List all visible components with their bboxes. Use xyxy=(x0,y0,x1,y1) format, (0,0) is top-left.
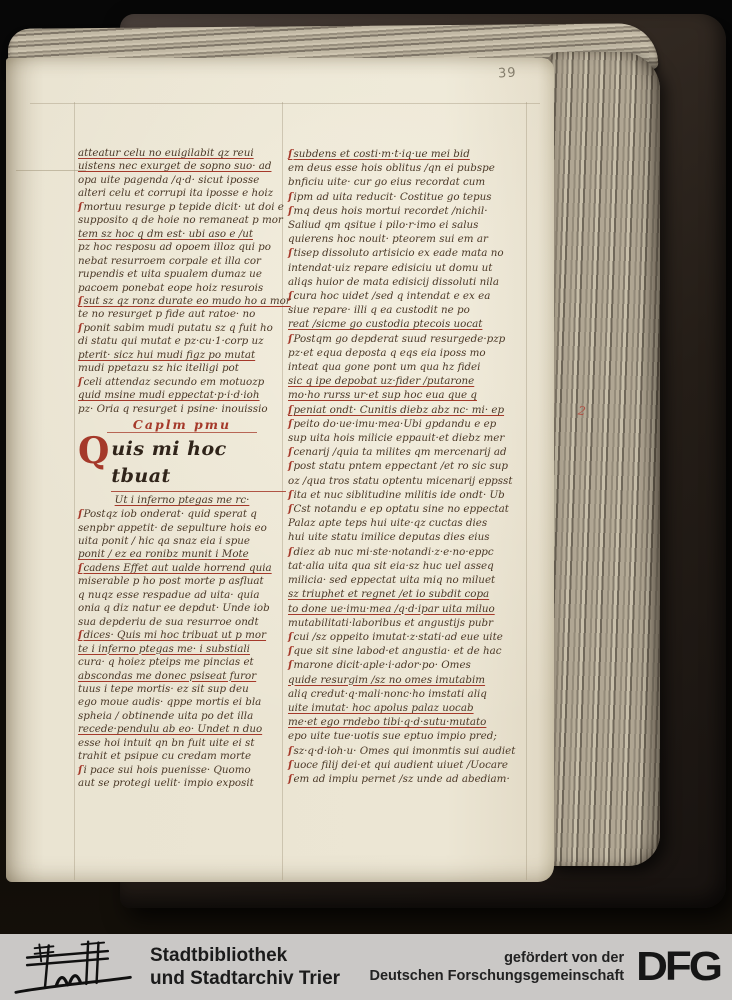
chapter-rubric: Caplm pmu xyxy=(107,417,257,433)
manuscript-line: ſsz·q·d·ioh·u· Omes qui imonmtis sui aud… xyxy=(288,744,544,758)
manuscript-line: trahit et psipue cu credam morte xyxy=(78,750,286,763)
manuscript-line: te no resurget p fide aut ratoe· no xyxy=(78,308,286,321)
library-name: Stadtbibliothek und Stadtarchiv Trier xyxy=(150,944,340,990)
red-paragraph-mark: ſ xyxy=(288,418,292,430)
manuscript-line: ſque sit sine labod·et angustia· et de h… xyxy=(288,644,544,658)
red-paragraph-mark: ſ xyxy=(78,295,82,307)
chapter-heading: Quis mi hoc tbuat xyxy=(78,436,286,492)
manuscript-line: ſsut sz qz ronz durate eo mudo ho a mor xyxy=(78,295,286,308)
red-paragraph-mark: ſ xyxy=(288,631,292,643)
manuscript-line: tat·alia uita qua sit eia·sz huc uel ass… xyxy=(288,559,544,573)
ruling-line-margin-dash xyxy=(16,170,86,171)
manuscript-line: ſdices· Quis mi hoc tribuat ut p mor xyxy=(78,629,286,642)
manuscript-line: abscondas me donec psiseat furor xyxy=(78,670,286,683)
red-paragraph-mark: ſ xyxy=(288,460,292,472)
funding-line1: gefördert von der xyxy=(370,949,625,967)
manuscript-line: sua depderiu de sua resurroe ondt xyxy=(78,616,286,629)
manuscript-line: miserable p ho post morte p asfluat xyxy=(78,575,286,588)
red-paragraph-mark: ſ xyxy=(288,205,292,217)
funding-credit: gefördert von der Deutschen Forschungsge… xyxy=(370,949,625,985)
manuscript-line: nebat resurroem corpale et illa cor xyxy=(78,255,286,268)
red-paragraph-mark: ſ xyxy=(288,333,292,345)
manuscript-line: aut se protegi uelit· impio exposit xyxy=(78,777,286,790)
manuscript-line: sup uita hois milicie eppauit·et diebz m… xyxy=(288,431,544,445)
manuscript-line: ſcenarij /quia ta milites qm mercenarij … xyxy=(288,445,544,459)
manuscript-line: quierens hoc nouit· pteorem sui em ar xyxy=(288,232,544,246)
manuscript-line: ſcui /sz oppeito imutat·z·stati·ad eue u… xyxy=(288,630,544,644)
manuscript-line: pz hoc resposu ad opoem illoz qui po xyxy=(78,241,286,254)
red-paragraph-mark: ſ xyxy=(78,322,82,334)
book-fore-edge-pages xyxy=(548,52,660,866)
manuscript-line: mudi ppetazu sz hic itelligi pot xyxy=(78,362,286,375)
manuscript-line: te i inferno ptegas me· i substiali xyxy=(78,643,286,656)
manuscript-line: q nuqz esse respadue ad uita· quia xyxy=(78,589,286,602)
folio-number: 39 xyxy=(498,66,517,82)
red-paragraph-mark: ſ xyxy=(288,659,292,671)
manuscript-line: reat /sicme go custodia ptecois uocat xyxy=(288,317,544,331)
manuscript-line: siue repare· illi q ea custodit ne po xyxy=(288,303,544,317)
red-paragraph-mark: ſ xyxy=(288,546,292,558)
manuscript-line: inteat qua gone pont um qua hz fidei xyxy=(288,360,544,374)
manuscript-line: recede·pendulu ab eo· Undet n duo xyxy=(78,723,286,736)
manuscript-line: ſPostqm go depderat suud resurgede·pzp xyxy=(288,332,544,346)
manuscript-line: pterit· sicz hui mudi figz po mutat xyxy=(78,349,286,362)
chapter-subheading: Ut i inferno ptegas me rc· xyxy=(78,493,286,508)
stadtbibliothek-trier-logo xyxy=(14,938,136,996)
manuscript-line: spheia / obtinende uita po det illa xyxy=(78,710,286,723)
red-paragraph-mark: ſ xyxy=(78,629,82,641)
manuscript-line: ponit / ez ea ronibz munit i Mote xyxy=(78,548,286,561)
manuscript-line: ſpeniat ondt· Cunitis diebz abz nc· mi· … xyxy=(288,403,544,417)
digitized-manuscript-viewer: 39 atteatur celu no euigilabit qz reuiui… xyxy=(0,0,732,1000)
manuscript-line: intendat·uiz repare edisiciu ut domu ut xyxy=(288,261,544,275)
manuscript-line: ſmarone dicit·aple·i·ador·po· Omes xyxy=(288,658,544,672)
manuscript-line: ſcura hoc uidet /sed q intendat e ex ea xyxy=(288,289,544,303)
red-paragraph-mark: ſ xyxy=(78,376,82,388)
manuscript-line: hui uite statu imilice deputas dies eius xyxy=(288,530,544,544)
rubricated-initial: Q xyxy=(78,436,109,466)
manuscript-line: quide resurgim /sz no omes imutabim xyxy=(288,673,544,687)
manuscript-line: em deus esse hois oblitus /qn ei pubspe xyxy=(288,161,544,175)
manuscript-line: sz triuphet et regnet /et io subdit copa xyxy=(288,587,544,601)
red-paragraph-mark: ſ xyxy=(288,290,292,302)
manuscript-column-2: ſsubdens et costi·m·t·iq·ue mei bidem de… xyxy=(288,147,544,786)
manuscript-line: ſi pace sui hois puenisse· Quomo xyxy=(78,764,286,777)
manuscript-line: aliq credut·q·mali·nonc·ho imstati aliq xyxy=(288,687,544,701)
manuscript-line: epo uite tue·uotis sue eptuo impio pred; xyxy=(288,729,544,743)
manuscript-line: onia q diz natur ee depdut· Unde iob xyxy=(78,602,286,615)
manuscript-line: pz·et equa deposta q eqs eia iposs mo xyxy=(288,346,544,360)
manuscript-line: ſceli attendaz secundo em motuozp xyxy=(78,376,286,389)
manuscript-line: ſita et nuc siblitudine militis ide ondt… xyxy=(288,488,544,502)
manuscript-line: milicia· sed eppectat uita miq no miluet xyxy=(288,573,544,587)
manuscript-line: oz /qua tros statu optentu micenarij epp… xyxy=(288,474,544,488)
manuscript-line: ſmortuu resurge p tepide dicit· ut doi e xyxy=(78,201,286,214)
manuscript-line: tem sz hoc q dm est· ubi aso e /ut xyxy=(78,228,286,241)
manuscript-line: ſponit sabim mudi putatu sz q fuit ho xyxy=(78,322,286,335)
manuscript-line: uistens nec exurget de sopno suo· ad xyxy=(78,160,286,173)
red-paragraph-mark: ſ xyxy=(78,764,82,776)
manuscript-line: opa uite pagenda /q·d· sicut iposse xyxy=(78,174,286,187)
red-paragraph-mark: ſ xyxy=(288,645,292,657)
manuscript-line: Palaz apte teps hui uite·qz cuctas dies xyxy=(288,516,544,530)
manuscript-line: uita ponit / hic qa snaz eia i spue xyxy=(78,535,286,548)
manuscript-line: ſpeito do·ue·imu·mea·Ubi gpdandu e ep xyxy=(288,417,544,431)
manuscript-line: senpbr appetit· de sepulture hois eo xyxy=(78,522,286,535)
manuscript-line: sic q ipe depobat uz·fider /putarone xyxy=(288,374,544,388)
red-paragraph-mark: ſ xyxy=(288,745,292,757)
manuscript-line: Saliud qm qsitue i pilo·r·imo ei salus xyxy=(288,218,544,232)
red-paragraph-mark: ſ xyxy=(288,404,292,416)
manuscript-line: supposito q de hoie no remaneat p mor xyxy=(78,214,286,227)
funding-line2: Deutschen Forschungsgemeinschaft xyxy=(370,967,625,985)
manuscript-line: quid msine mudi eppectat·p·i·d·ioh xyxy=(78,389,286,402)
manuscript-line: atteatur celu no euigilabit qz reui xyxy=(78,147,286,160)
manuscript-line: alteri celu et corrupi ita iposse e hoiz xyxy=(78,187,286,200)
library-name-line2: und Stadtarchiv Trier xyxy=(150,967,340,990)
manuscript-line: ſtisep dissoluto artisicio ex eade mata … xyxy=(288,246,544,260)
manuscript-line: ego moue audis· qppe mortis ei bla xyxy=(78,696,286,709)
manuscript-line: me·et ego rndebo tibi·q·d·sutu·mutato xyxy=(288,715,544,729)
manuscript-line: tuus i tepe mortis· ez sit sup deu xyxy=(78,683,286,696)
manuscript-line: rupendis et uita spualem dumaz ue xyxy=(78,268,286,281)
manuscript-line: di statu qui mutat e pz·cu·1·corp uz xyxy=(78,335,286,348)
red-paragraph-mark: ſ xyxy=(288,446,292,458)
manuscript-line: ſPostqz iob onderat· quid sperat q xyxy=(78,508,286,521)
red-paragraph-mark: ſ xyxy=(288,191,292,203)
manuscript-line: bnficiu uite· cur go eius recordat cum xyxy=(288,175,544,189)
manuscript-line: ſpost statu pntem eppectant /et ro sic s… xyxy=(288,459,544,473)
red-paragraph-mark: ſ xyxy=(288,503,292,515)
red-paragraph-mark: ſ xyxy=(288,489,292,501)
manuscript-line: ſsubdens et costi·m·t·iq·ue mei bid xyxy=(288,147,544,161)
manuscript-column-1: atteatur celu no euigilabit qz reuiuiste… xyxy=(78,147,286,791)
manuscript-line: pacoem ponebat eope hoiz resurois xyxy=(78,282,286,295)
red-paragraph-mark: ſ xyxy=(288,247,292,259)
manuscript-line: ſuoce filij dei·et qui audient uiuet /Uo… xyxy=(288,758,544,772)
manuscript-line: ſcadens Effet aut ualde horrend quia xyxy=(78,562,286,575)
library-name-line1: Stadtbibliothek xyxy=(150,944,340,967)
ruling-line-left xyxy=(74,102,75,880)
fore-edge-red-mark: 2 xyxy=(577,404,587,419)
ruling-line-top xyxy=(30,103,540,104)
chapter-heading-text: uis mi hoc tbuat xyxy=(111,436,286,492)
manuscript-line: ſmq deus hois mortui recordet /nichil· xyxy=(288,204,544,218)
manuscript-line: ſipm ad uita reducit· Costitue go tepus xyxy=(288,190,544,204)
manuscript-line: esse hoi intuit qn bn fuit uite ei st xyxy=(78,737,286,750)
manuscript-line: cura· q hoiez pteips me pincias et xyxy=(78,656,286,669)
manuscript-line: ſCst notandu e ep optatu sine no eppecta… xyxy=(288,502,544,516)
dfg-logo: DFG xyxy=(636,939,720,994)
manuscript-line: mo·ho rurss ur·et sup hoc eua que q xyxy=(288,388,544,402)
manuscript-line: aliqs huior de mata edisicij dissoluti n… xyxy=(288,275,544,289)
manuscript-line: pz· Oria q resurget i psine· inouissio xyxy=(78,403,286,416)
manuscript-line: ſem ad impiu pernet /sz unde ad abediam· xyxy=(288,772,544,786)
red-paragraph-mark: ſ xyxy=(78,201,82,213)
red-paragraph-mark: ſ xyxy=(288,148,292,160)
manuscript-line: to done ue·imu·mea /q·d·ipar uita miluo xyxy=(288,602,544,616)
red-paragraph-mark: ſ xyxy=(78,562,82,574)
red-paragraph-mark: ſ xyxy=(288,759,292,771)
digitization-footer: Stadtbibliothek und Stadtarchiv Trier ge… xyxy=(0,934,732,1000)
manuscript-line: uite imutat· hoc apolus palaz uocab xyxy=(288,701,544,715)
red-paragraph-mark: ſ xyxy=(78,508,82,520)
manuscript-line: mutabilitati·laboribus et angustijs pubr xyxy=(288,616,544,630)
red-paragraph-mark: ſ xyxy=(288,773,292,785)
manuscript-line: ſdiez ab nuc mi·ste·notandi·z·e·no·eppc xyxy=(288,545,544,559)
